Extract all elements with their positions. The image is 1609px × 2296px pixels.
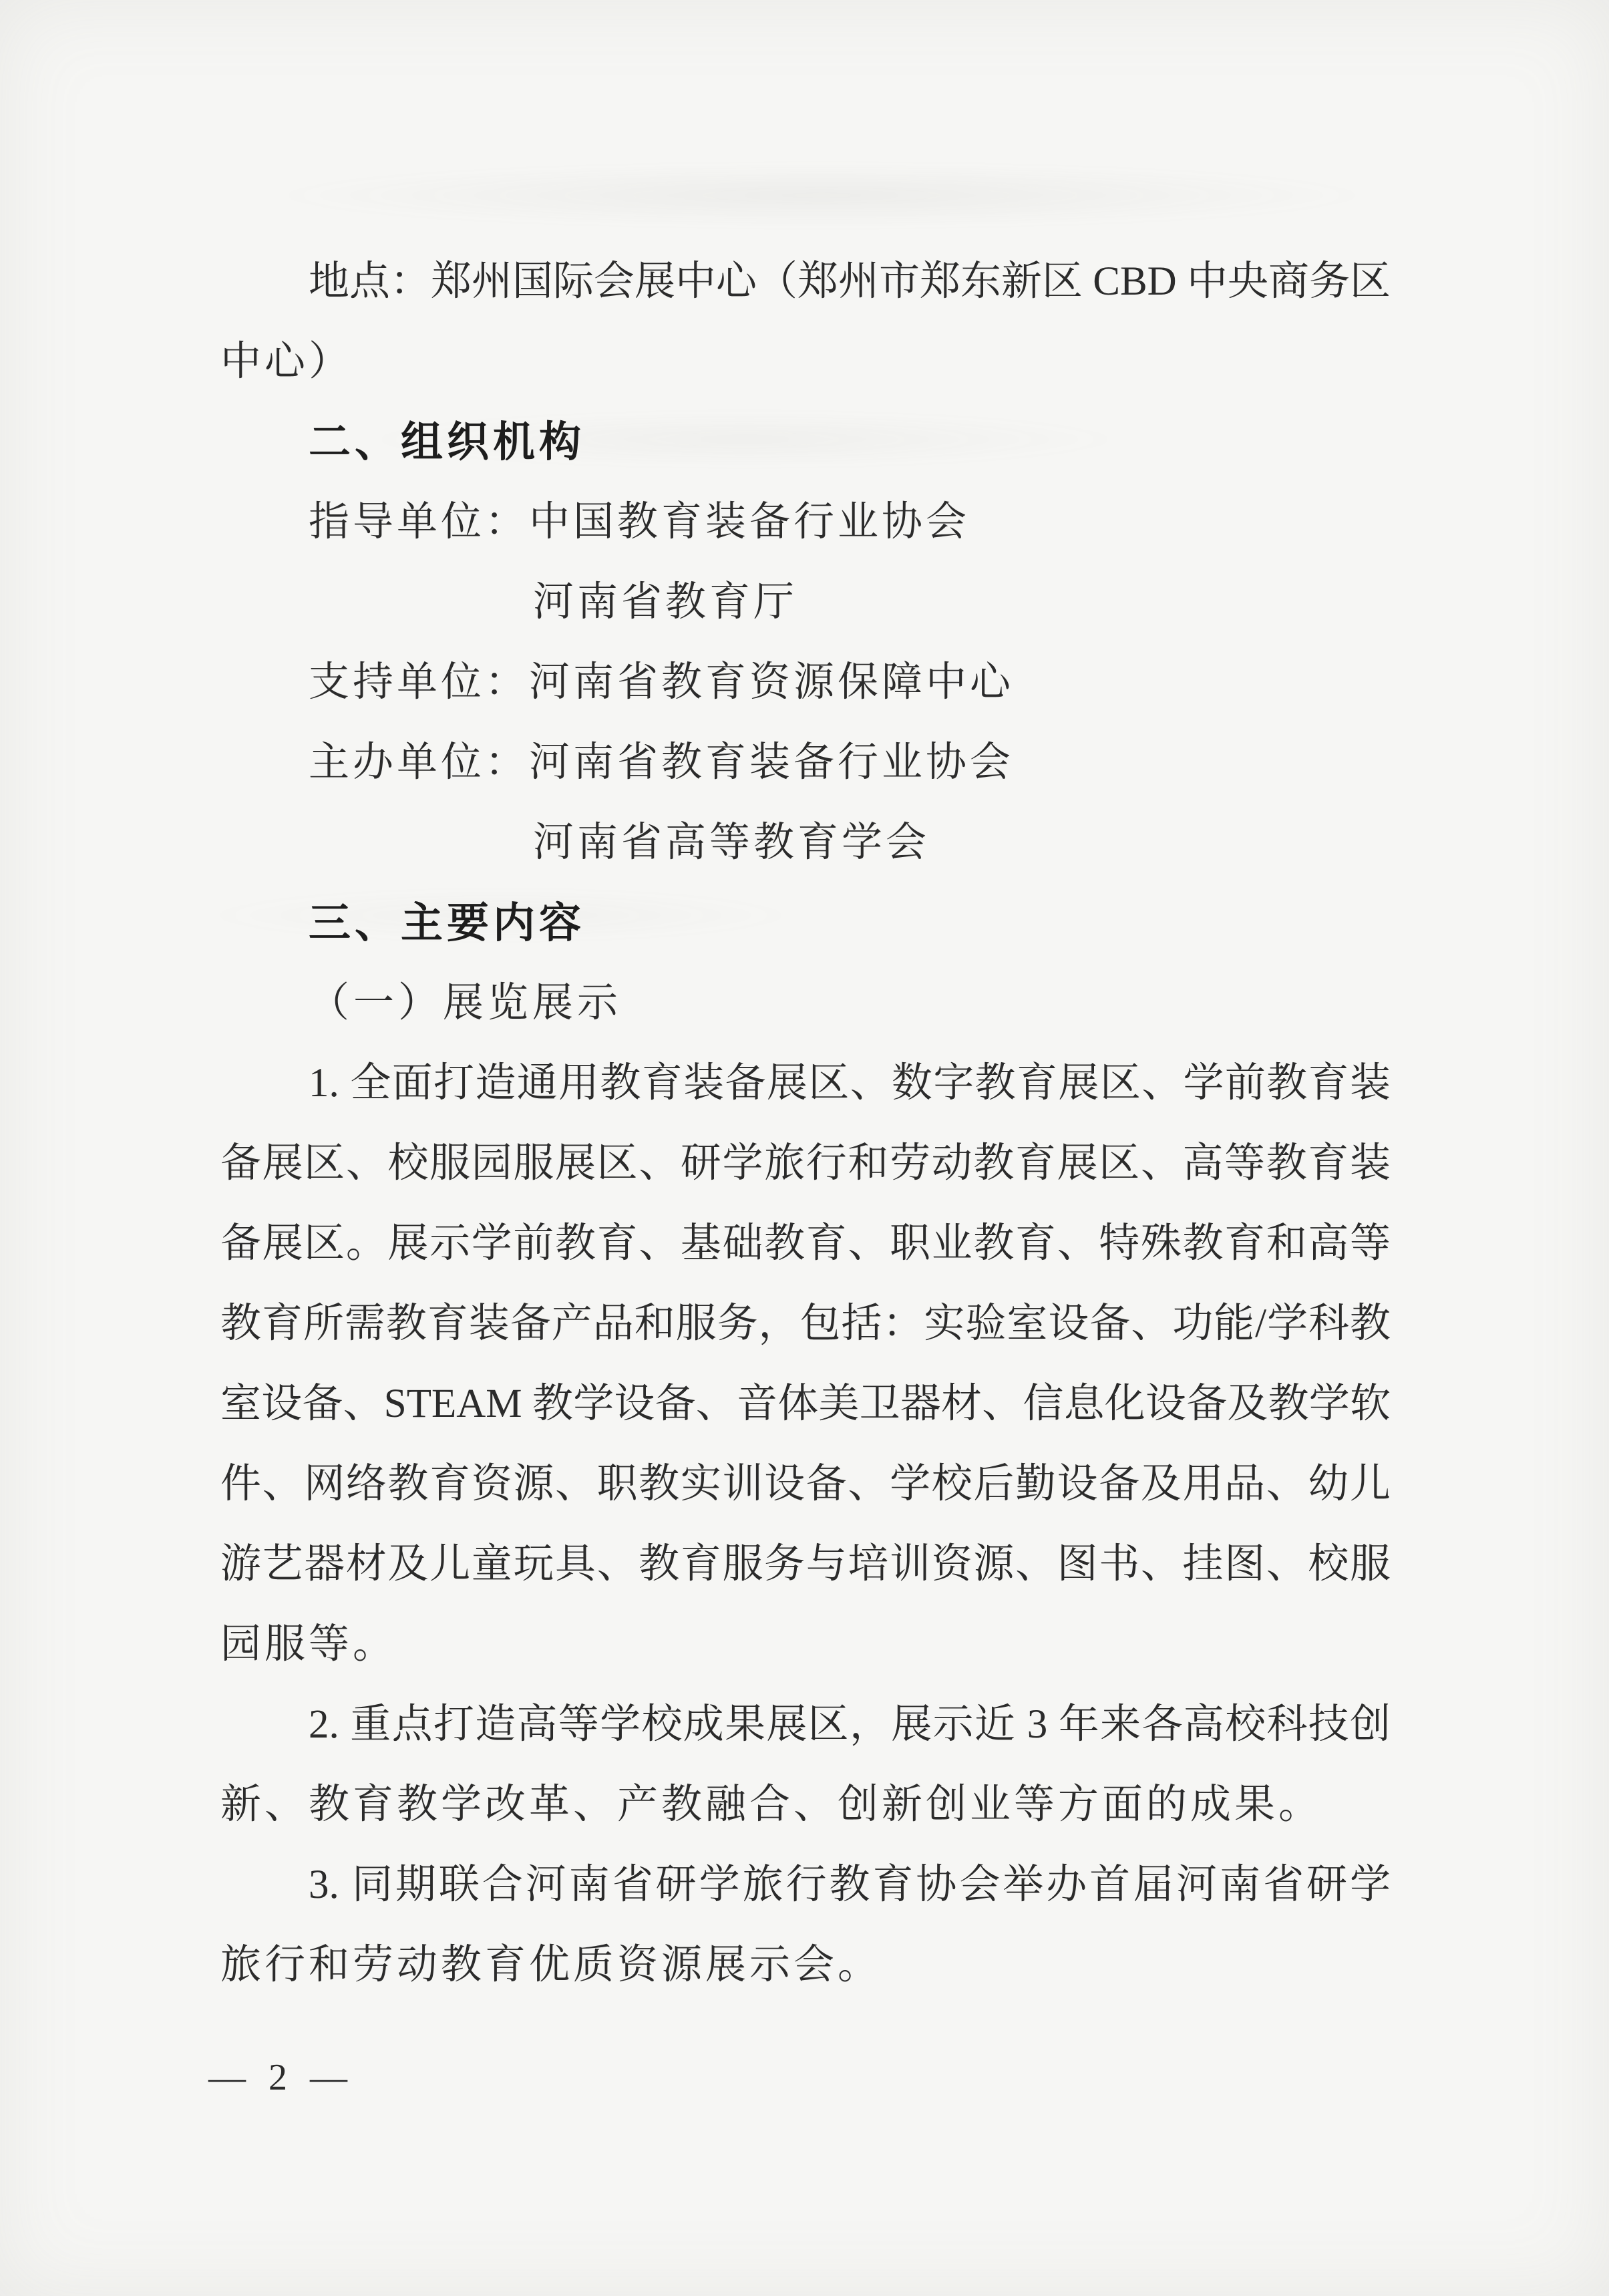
para-1-line-7: 游艺器材及儿童玩具、教育服务与培训资源、图书、挂图、校服 — [220, 1524, 1391, 1605]
para-1-line-8: 园服等。 — [220, 1605, 1391, 1685]
host-unit-line-2: 河南省高等教育学会 — [220, 803, 1391, 883]
page-footer: — 2 — — [208, 2037, 354, 2118]
guide-unit-line-1: 指导单位：中国教育装备行业协会 — [220, 482, 1391, 562]
para-1-line-1: 1. 全面打造通用教育装备展区、数字教育展区、学前教育装 — [220, 1043, 1391, 1124]
para-2-line-1: 2. 重点打造高等学校成果展区，展示近 3 年来各高校科技创 — [220, 1685, 1391, 1765]
para-3-line-2: 旅行和劳动教育优质资源展示会。 — [220, 1925, 1391, 2005]
support-unit-line: 支持单位：河南省教育资源保障中心 — [220, 643, 1391, 723]
para-2-line-2: 新、教育教学改革、产教融合、创新创业等方面的成果。 — [220, 1765, 1391, 1845]
para-3-line-1: 3. 同期联合河南省研学旅行教育协会举办首届河南省研学 — [220, 1845, 1391, 1925]
location-line-1: 地点：郑州国际会展中心（郑州市郑东新区 CBD 中央商务区 — [220, 242, 1391, 322]
guide-unit-line-2: 河南省教育厅 — [220, 562, 1391, 643]
scanned-document-page: 地点：郑州国际会展中心（郑州市郑东新区 CBD 中央商务区 中心） 二、组织机构… — [0, 0, 1609, 2296]
para-1-line-5: 室设备、STEAM 教学设备、音体美卫器材、信息化设备及教学软 — [220, 1364, 1391, 1444]
para-1-line-6: 件、网络教育资源、职教实训设备、学校后勤设备及用品、幼儿 — [220, 1444, 1391, 1524]
page-number: — 2 — — [208, 2057, 354, 2098]
section-3-heading: 三、主要内容 — [220, 883, 1391, 963]
section-2-heading: 二、组织机构 — [220, 402, 1391, 482]
para-1-line-4: 教育所需教育装备产品和服务，包括：实验室设备、功能/学科教 — [220, 1284, 1391, 1364]
document-body: 地点：郑州国际会展中心（郑州市郑东新区 CBD 中央商务区 中心） 二、组织机构… — [220, 242, 1391, 2005]
para-1-line-2: 备展区、校服园服展区、研学旅行和劳动教育展区、高等教育装 — [220, 1124, 1391, 1204]
location-line-2: 中心） — [220, 322, 1391, 402]
scan-bleed-artifact — [281, 164, 1363, 227]
subsection-1-heading: （一）展览展示 — [220, 963, 1391, 1043]
host-unit-line-1: 主办单位：河南省教育装备行业协会 — [220, 723, 1391, 803]
para-1-line-3: 备展区。展示学前教育、基础教育、职业教育、特殊教育和高等 — [220, 1204, 1391, 1284]
